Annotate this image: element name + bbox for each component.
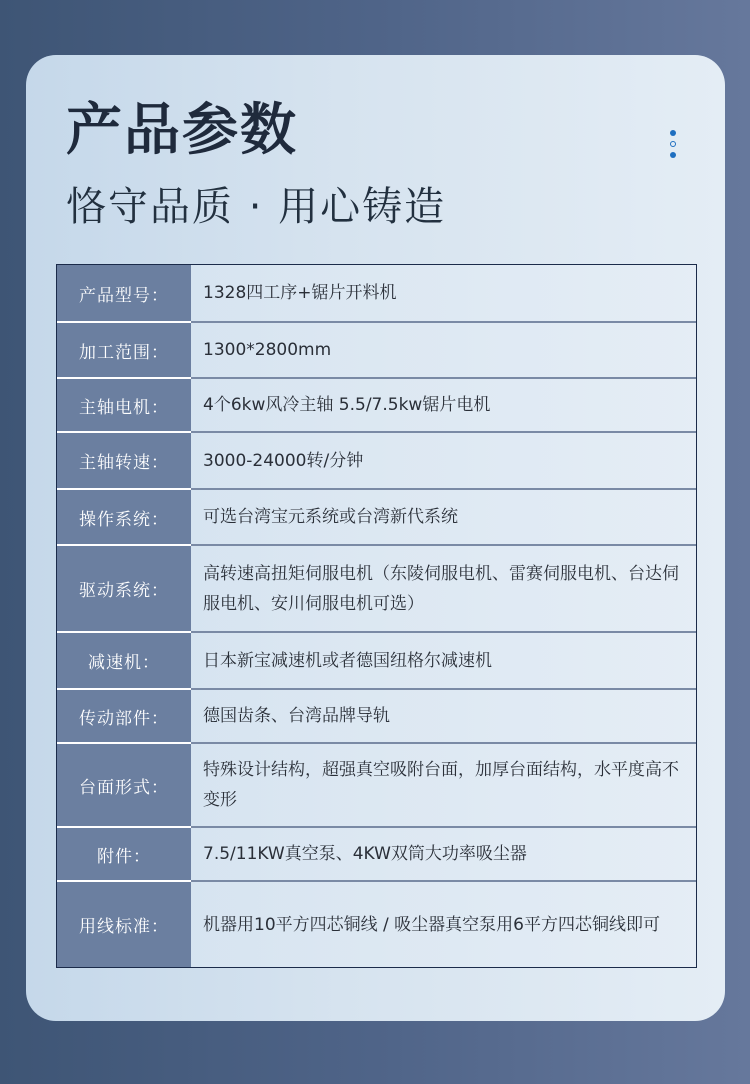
spec-row: 附件： 7.5/11KW真空泵、4KW双筒大功率吸尘器: [57, 826, 696, 880]
spec-label: 用线标准：: [57, 880, 191, 967]
spec-label: 产品型号：: [57, 265, 191, 321]
dot-icon: [670, 152, 676, 158]
spec-row: 传动部件： 德国齿条、台湾品牌导轨: [57, 688, 696, 742]
spec-row: 主轴转速： 3000-24000转/分钟: [57, 431, 696, 488]
spec-value: 特殊设计结构，超强真空吸附台面，加厚台面结构，水平度高不变形: [191, 744, 696, 826]
spec-table: 产品型号： 1328四工序+锯片开料机 加工范围： 1300*2800mm 主轴…: [56, 264, 697, 968]
spec-value: 高转速高扭矩伺服电机（东陵伺服电机、雷赛伺服电机、台达伺服电机、安川伺服电机可选…: [191, 546, 696, 631]
spec-label: 台面形式：: [57, 742, 191, 826]
spec-label: 驱动系统：: [57, 544, 191, 631]
spec-label: 主轴电机：: [57, 377, 191, 431]
spec-row: 用线标准： 机器用10平方四芯铜线 / 吸尘器真空泵用6平方四芯铜线即可: [57, 880, 696, 967]
spec-value: 3000-24000转/分钟: [191, 433, 696, 488]
spec-value: 可选台湾宝元系统或台湾新代系统: [191, 490, 696, 544]
spec-row: 主轴电机： 4个6kw风冷主轴 5.5/7.5kw锯片电机: [57, 377, 696, 431]
spec-label: 附件：: [57, 826, 191, 880]
spec-value: 1328四工序+锯片开料机: [191, 265, 696, 321]
page-title: 产品参数: [66, 95, 298, 167]
spec-row: 台面形式： 特殊设计结构，超强真空吸附台面，加厚台面结构，水平度高不变形: [57, 742, 696, 826]
spec-value: 机器用10平方四芯铜线 / 吸尘器真空泵用6平方四芯铜线即可: [191, 882, 696, 967]
spec-row: 操作系统： 可选台湾宝元系统或台湾新代系统: [57, 488, 696, 544]
product-params-card: 产品参数 恪守品质 · 用心铸造 产品型号： 1328四工序+锯片开料机 加工范…: [26, 55, 725, 1021]
spec-row: 减速机： 日本新宝减速机或者德国纽格尔减速机: [57, 631, 696, 688]
vertical-dots-icon: [669, 130, 677, 158]
spec-label: 减速机：: [57, 631, 191, 688]
dot-icon: [670, 130, 676, 136]
dot-hollow-icon: [670, 141, 676, 147]
spec-value: 日本新宝减速机或者德国纽格尔减速机: [191, 633, 696, 688]
spec-row: 驱动系统： 高转速高扭矩伺服电机（东陵伺服电机、雷赛伺服电机、台达伺服电机、安川…: [57, 544, 696, 631]
spec-value: 4个6kw风冷主轴 5.5/7.5kw锯片电机: [191, 379, 696, 431]
spec-row: 产品型号： 1328四工序+锯片开料机: [57, 265, 696, 321]
spec-value: 1300*2800mm: [191, 323, 696, 377]
page-subtitle: 恪守品质 · 用心铸造: [66, 179, 446, 235]
spec-value: 7.5/11KW真空泵、4KW双筒大功率吸尘器: [191, 828, 696, 880]
spec-label: 主轴转速：: [57, 431, 191, 488]
spec-label: 传动部件：: [57, 688, 191, 742]
spec-value: 德国齿条、台湾品牌导轨: [191, 690, 696, 742]
spec-label: 操作系统：: [57, 488, 191, 544]
spec-row: 加工范围： 1300*2800mm: [57, 321, 696, 377]
spec-label: 加工范围：: [57, 321, 191, 377]
